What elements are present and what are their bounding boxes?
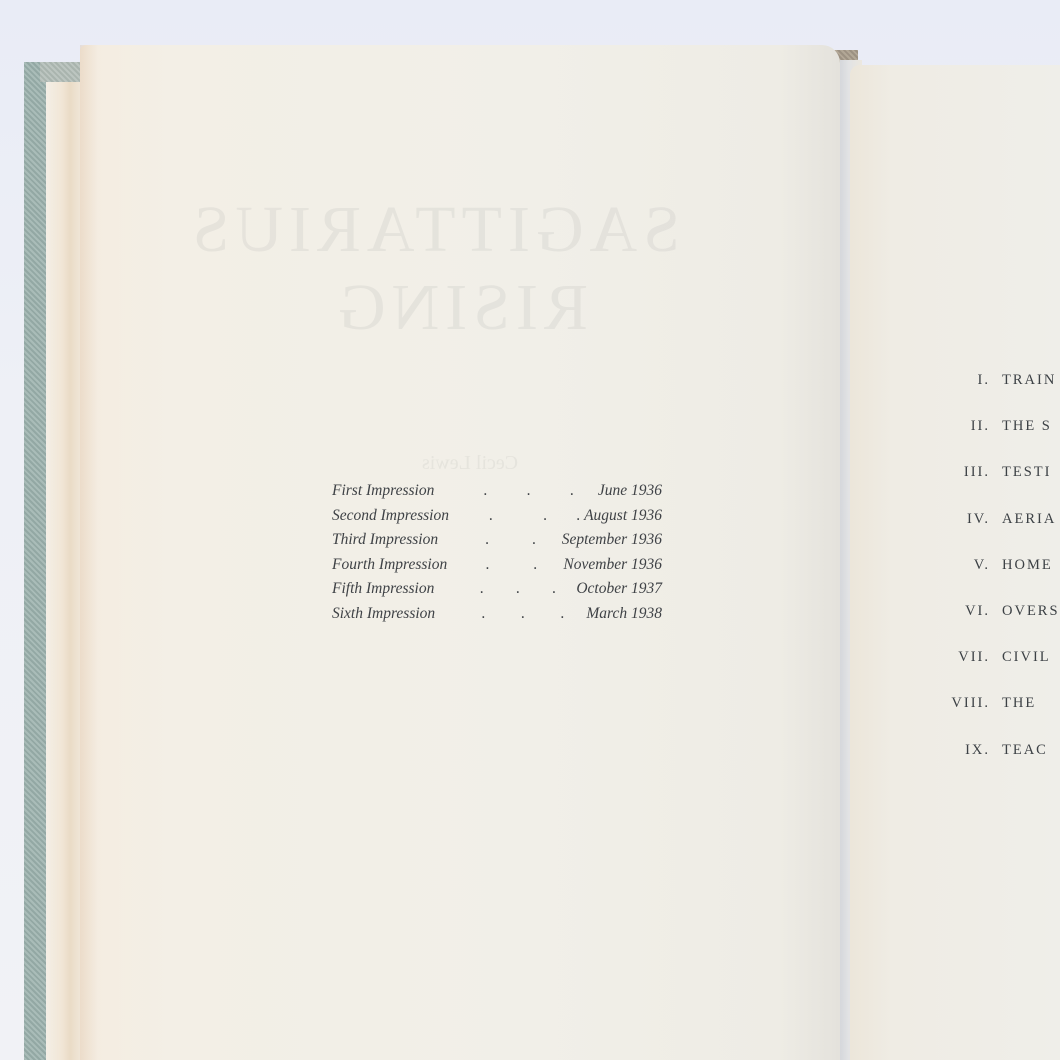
chapter-number: I.	[940, 372, 1002, 389]
chapter-title: HOME	[1002, 557, 1053, 574]
book-cover-spine	[24, 62, 46, 1060]
chapter-title: AERIA	[1002, 511, 1056, 528]
impression-label: Sixth Impression	[332, 605, 460, 623]
impression-row: Sixth Impression ... March 1938	[332, 605, 662, 630]
chapter-number: VII.	[940, 649, 1002, 666]
impression-label: Third Impression	[332, 531, 460, 549]
impression-label: Fourth Impression	[332, 556, 460, 574]
impression-date: October 1937	[576, 580, 662, 598]
chapter-title: THE S	[1002, 418, 1052, 435]
chapter-number: II.	[940, 418, 1002, 435]
chapter-number: V.	[940, 557, 1002, 574]
chapter-number: IX.	[940, 742, 1002, 759]
impression-row: First Impression ... June 1936	[332, 482, 662, 507]
impression-date: September 1936	[562, 531, 662, 549]
toc-entry: V.HOME	[940, 557, 1060, 603]
impression-row: Fourth Impression .. November 1936	[332, 556, 662, 581]
toc-entry: IV.AERIA	[940, 511, 1060, 557]
leader-dots: ..	[460, 531, 562, 549]
impression-row: Third Impression .. September 1936	[332, 531, 662, 556]
chapter-title: THE	[1002, 695, 1036, 712]
table-of-contents: I.TRAIN II.THE S III.TESTI IV.AERIA V.HO…	[940, 372, 1060, 788]
toc-entry: VII.CIVIL	[940, 649, 1060, 695]
bleed-through-title-line-1: SAGITTARIUS	[240, 192, 680, 268]
chapter-title: OVERS	[1002, 603, 1060, 620]
chapter-number: VIII.	[940, 695, 1002, 712]
impression-label: First Impression	[332, 482, 460, 500]
toc-entry: III.TESTI	[940, 464, 1060, 510]
toc-entry: I.TRAIN	[940, 372, 1060, 418]
impression-row: Fifth Impression ... October 1937	[332, 580, 662, 605]
book-cover-corner	[40, 62, 82, 82]
chapter-number: III.	[940, 464, 1002, 481]
impression-label: Second Impression	[332, 507, 460, 525]
toc-entry: VIII.THE	[940, 695, 1060, 741]
chapter-number: VI.	[940, 603, 1002, 620]
impression-label: Fifth Impression	[332, 580, 460, 598]
bleed-through-author: Cecil Lewis	[390, 452, 550, 475]
chapter-title: TESTI	[1002, 464, 1051, 481]
leader-dots: ..	[460, 556, 563, 574]
impression-row: Second Impression .. . August 1936	[332, 507, 662, 532]
toc-entry: II.THE S	[940, 418, 1060, 464]
impression-date: November 1936	[563, 556, 662, 574]
toc-entry: VI.OVERS	[940, 603, 1060, 649]
leader-dots: ...	[460, 580, 576, 598]
chapter-title: TRAIN	[1002, 372, 1056, 389]
chapter-number: IV.	[940, 511, 1002, 528]
impressions-list: First Impression ... June 1936 Second Im…	[332, 482, 662, 630]
chapter-title: CIVIL	[1002, 649, 1051, 666]
impression-date: June 1936	[598, 482, 662, 500]
leader-dots: ...	[460, 482, 598, 500]
leader-dots: ..	[460, 507, 577, 525]
chapter-title: TEAC	[1002, 742, 1048, 759]
impression-date: . August 1936	[577, 507, 662, 525]
impression-date: March 1938	[586, 605, 662, 623]
toc-entry: IX.TEAC	[940, 742, 1060, 788]
leader-dots: ...	[460, 605, 586, 623]
bleed-through-title-line-2: RISING	[240, 270, 680, 346]
